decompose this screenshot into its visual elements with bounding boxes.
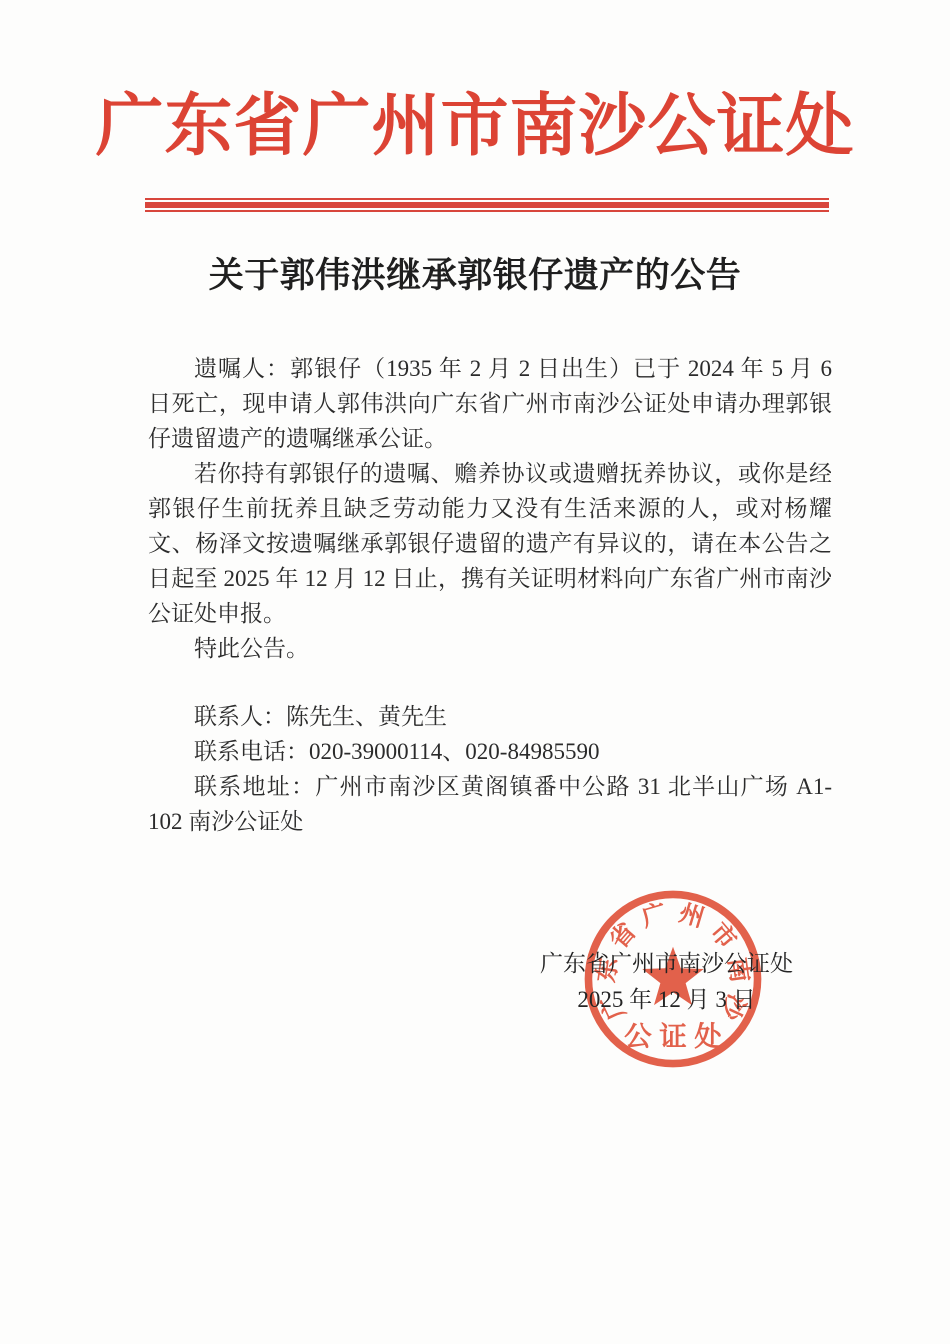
paragraph-objection: 若你持有郭银仔的遗嘱、赡养协议或遗赠抚养协议，或你是经郭银仔生前抚养且缺乏劳动能… xyxy=(148,456,832,631)
svg-text:证: 证 xyxy=(659,1021,687,1052)
contact-person-line: 联系人：陈先生、黄先生 xyxy=(148,699,832,734)
signature-organization: 广东省广州市南沙公证处 xyxy=(540,946,793,981)
contact-address-line: 联系地址：广州市南沙区黄阁镇番中公路 31 北半山广场 A1-102 南沙公证处 xyxy=(148,769,832,839)
svg-text:公: 公 xyxy=(624,1021,652,1052)
document-page: 广东省广州市南沙公证处 关于郭伟洪继承郭银仔遗产的公告 遗嘱人：郭银仔（1935… xyxy=(0,0,950,1344)
header-rule-bottom-line xyxy=(145,210,829,212)
notice-title: 关于郭伟洪继承郭银仔遗产的公告 xyxy=(0,252,950,300)
contact-section: 联系人：陈先生、黄先生 联系电话：020-39000114、020-849855… xyxy=(148,699,832,839)
letterhead-title: 广东省广州市南沙公证处 xyxy=(0,84,950,168)
signature-date: 2025 年 12 月 3 日 xyxy=(540,982,793,1017)
svg-text:处: 处 xyxy=(694,1021,722,1052)
header-rule xyxy=(145,198,829,212)
contact-phone-line: 联系电话：020-39000114、020-84985590 xyxy=(148,734,832,769)
notice-body: 遗嘱人：郭银仔（1935 年 2 月 2 日出生）已于 2024 年 5 月 6… xyxy=(148,351,832,839)
seal-bottom-text: 公证处 xyxy=(624,1021,722,1052)
paragraph-testator: 遗嘱人：郭银仔（1935 年 2 月 2 日出生）已于 2024 年 5 月 6… xyxy=(148,351,832,456)
svg-text:州: 州 xyxy=(676,900,707,933)
signature-block: 广东省广州市南沙公证处 2025 年 12 月 3 日 xyxy=(540,946,793,1017)
paragraph-closing: 特此公告。 xyxy=(148,631,832,666)
